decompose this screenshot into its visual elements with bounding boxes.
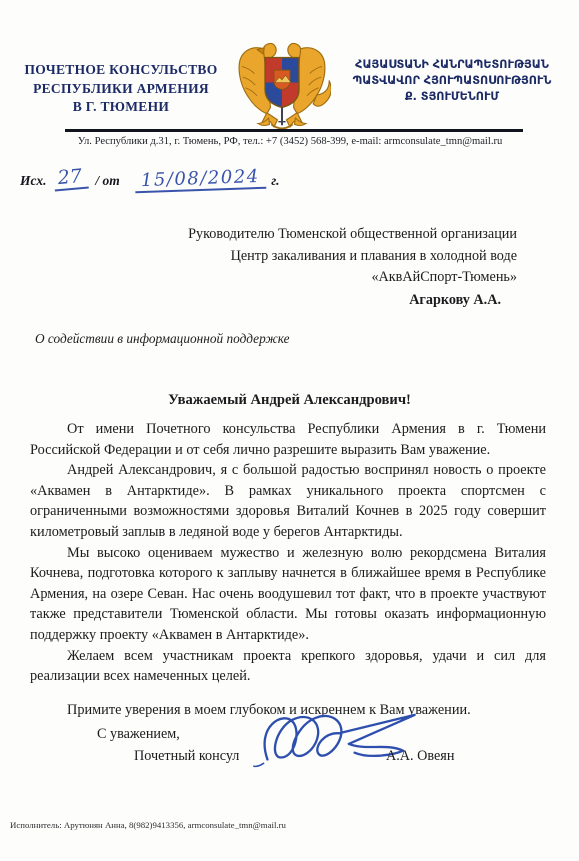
recipient-line: Центр закаливания и плавания в холодной … [77, 246, 517, 268]
consulate-name-russian-line1: ПОЧЕТНОЕ КОНСУЛЬСТВО [14, 61, 228, 80]
consulate-name-armenian-line1: ՀԱՅԱՍՏԱՆԻ ՀԱՆՐԱՊԵՏՈՒԹՅԱՆ [334, 57, 570, 73]
ref-year-suffix: г. [271, 173, 279, 188]
signature-closing: С уважением, [97, 726, 180, 743]
consulate-name-armenian-line3: Ք. ՏՅՈՒՄԵՆՈՒՄ [334, 89, 570, 105]
letter-body: От имени Почетного консульства Республик… [30, 419, 546, 720]
recipient-name: Агаркову А.А. [77, 290, 517, 312]
consulate-name-russian-line2: РЕСПУБЛИКИ АРМЕНИЯ [14, 80, 228, 99]
handwritten-date: 15/08/2024 [135, 166, 266, 194]
executor-line: Исполнитель: Арутюнян Анна, 8(982)941335… [10, 820, 286, 830]
body-paragraph: Мы высоко оцениваем мужество и железную … [30, 543, 546, 646]
recipient-line: Руководителю Тюменской общественной орга… [77, 224, 517, 246]
consulate-name-russian: ПОЧЕТНОЕ КОНСУЛЬСТВО РЕСПУБЛИКИ АРМЕНИЯ … [14, 61, 228, 117]
body-paragraph: Желаем всем участникам проекта крепкого … [30, 646, 546, 687]
salutation: Уважаемый Андрей Александрович! [0, 392, 579, 409]
consulate-name-russian-line3: В Г. ТЮМЕНИ [14, 98, 228, 117]
consulate-address-line: Ул. Республики д.31, г. Тюмень, РФ, тел.… [40, 136, 540, 147]
handwritten-ref-number: 27 [53, 165, 89, 192]
body-paragraph: Андрей Александрович, я с большой радост… [30, 460, 546, 542]
handwritten-signature [250, 706, 434, 778]
scanned-letter-page: ПОЧЕТНОЕ КОНСУЛЬСТВО РЕСПУБЛИКИ АРМЕНИЯ … [0, 0, 579, 861]
ref-infix-label: / от [95, 173, 119, 188]
consulate-name-armenian-line2: ՊԱՏՎԱՎՈՐ ՀՅՈՒՊԱՏՈՍՈՒԹՅՈՒՆ [334, 73, 570, 89]
recipient-block: Руководителю Тюменской общественной орга… [77, 224, 517, 311]
armenia-coat-of-arms-icon [233, 35, 331, 130]
outgoing-ref-line: Исх. 27 / от 15/08/2024 г. [20, 168, 279, 192]
body-paragraph: От имени Почетного консульства Республик… [30, 419, 546, 460]
signer-title: Почетный консул [134, 748, 239, 765]
subject-line: О содействии в информационной поддержке [35, 331, 290, 347]
ref-prefix-label: Исх. [20, 173, 46, 188]
signer-name: А.А. Овеян [386, 748, 454, 765]
recipient-line: «АквАйСпорт-Тюмень» [77, 267, 517, 289]
consulate-name-armenian: ՀԱՅԱՍՏԱՆԻ ՀԱՆՐԱՊԵՏՈՒԹՅԱՆ ՊԱՏՎԱՎՈՐ ՀՅՈՒՊԱ… [334, 57, 570, 105]
header-divider [65, 129, 523, 132]
